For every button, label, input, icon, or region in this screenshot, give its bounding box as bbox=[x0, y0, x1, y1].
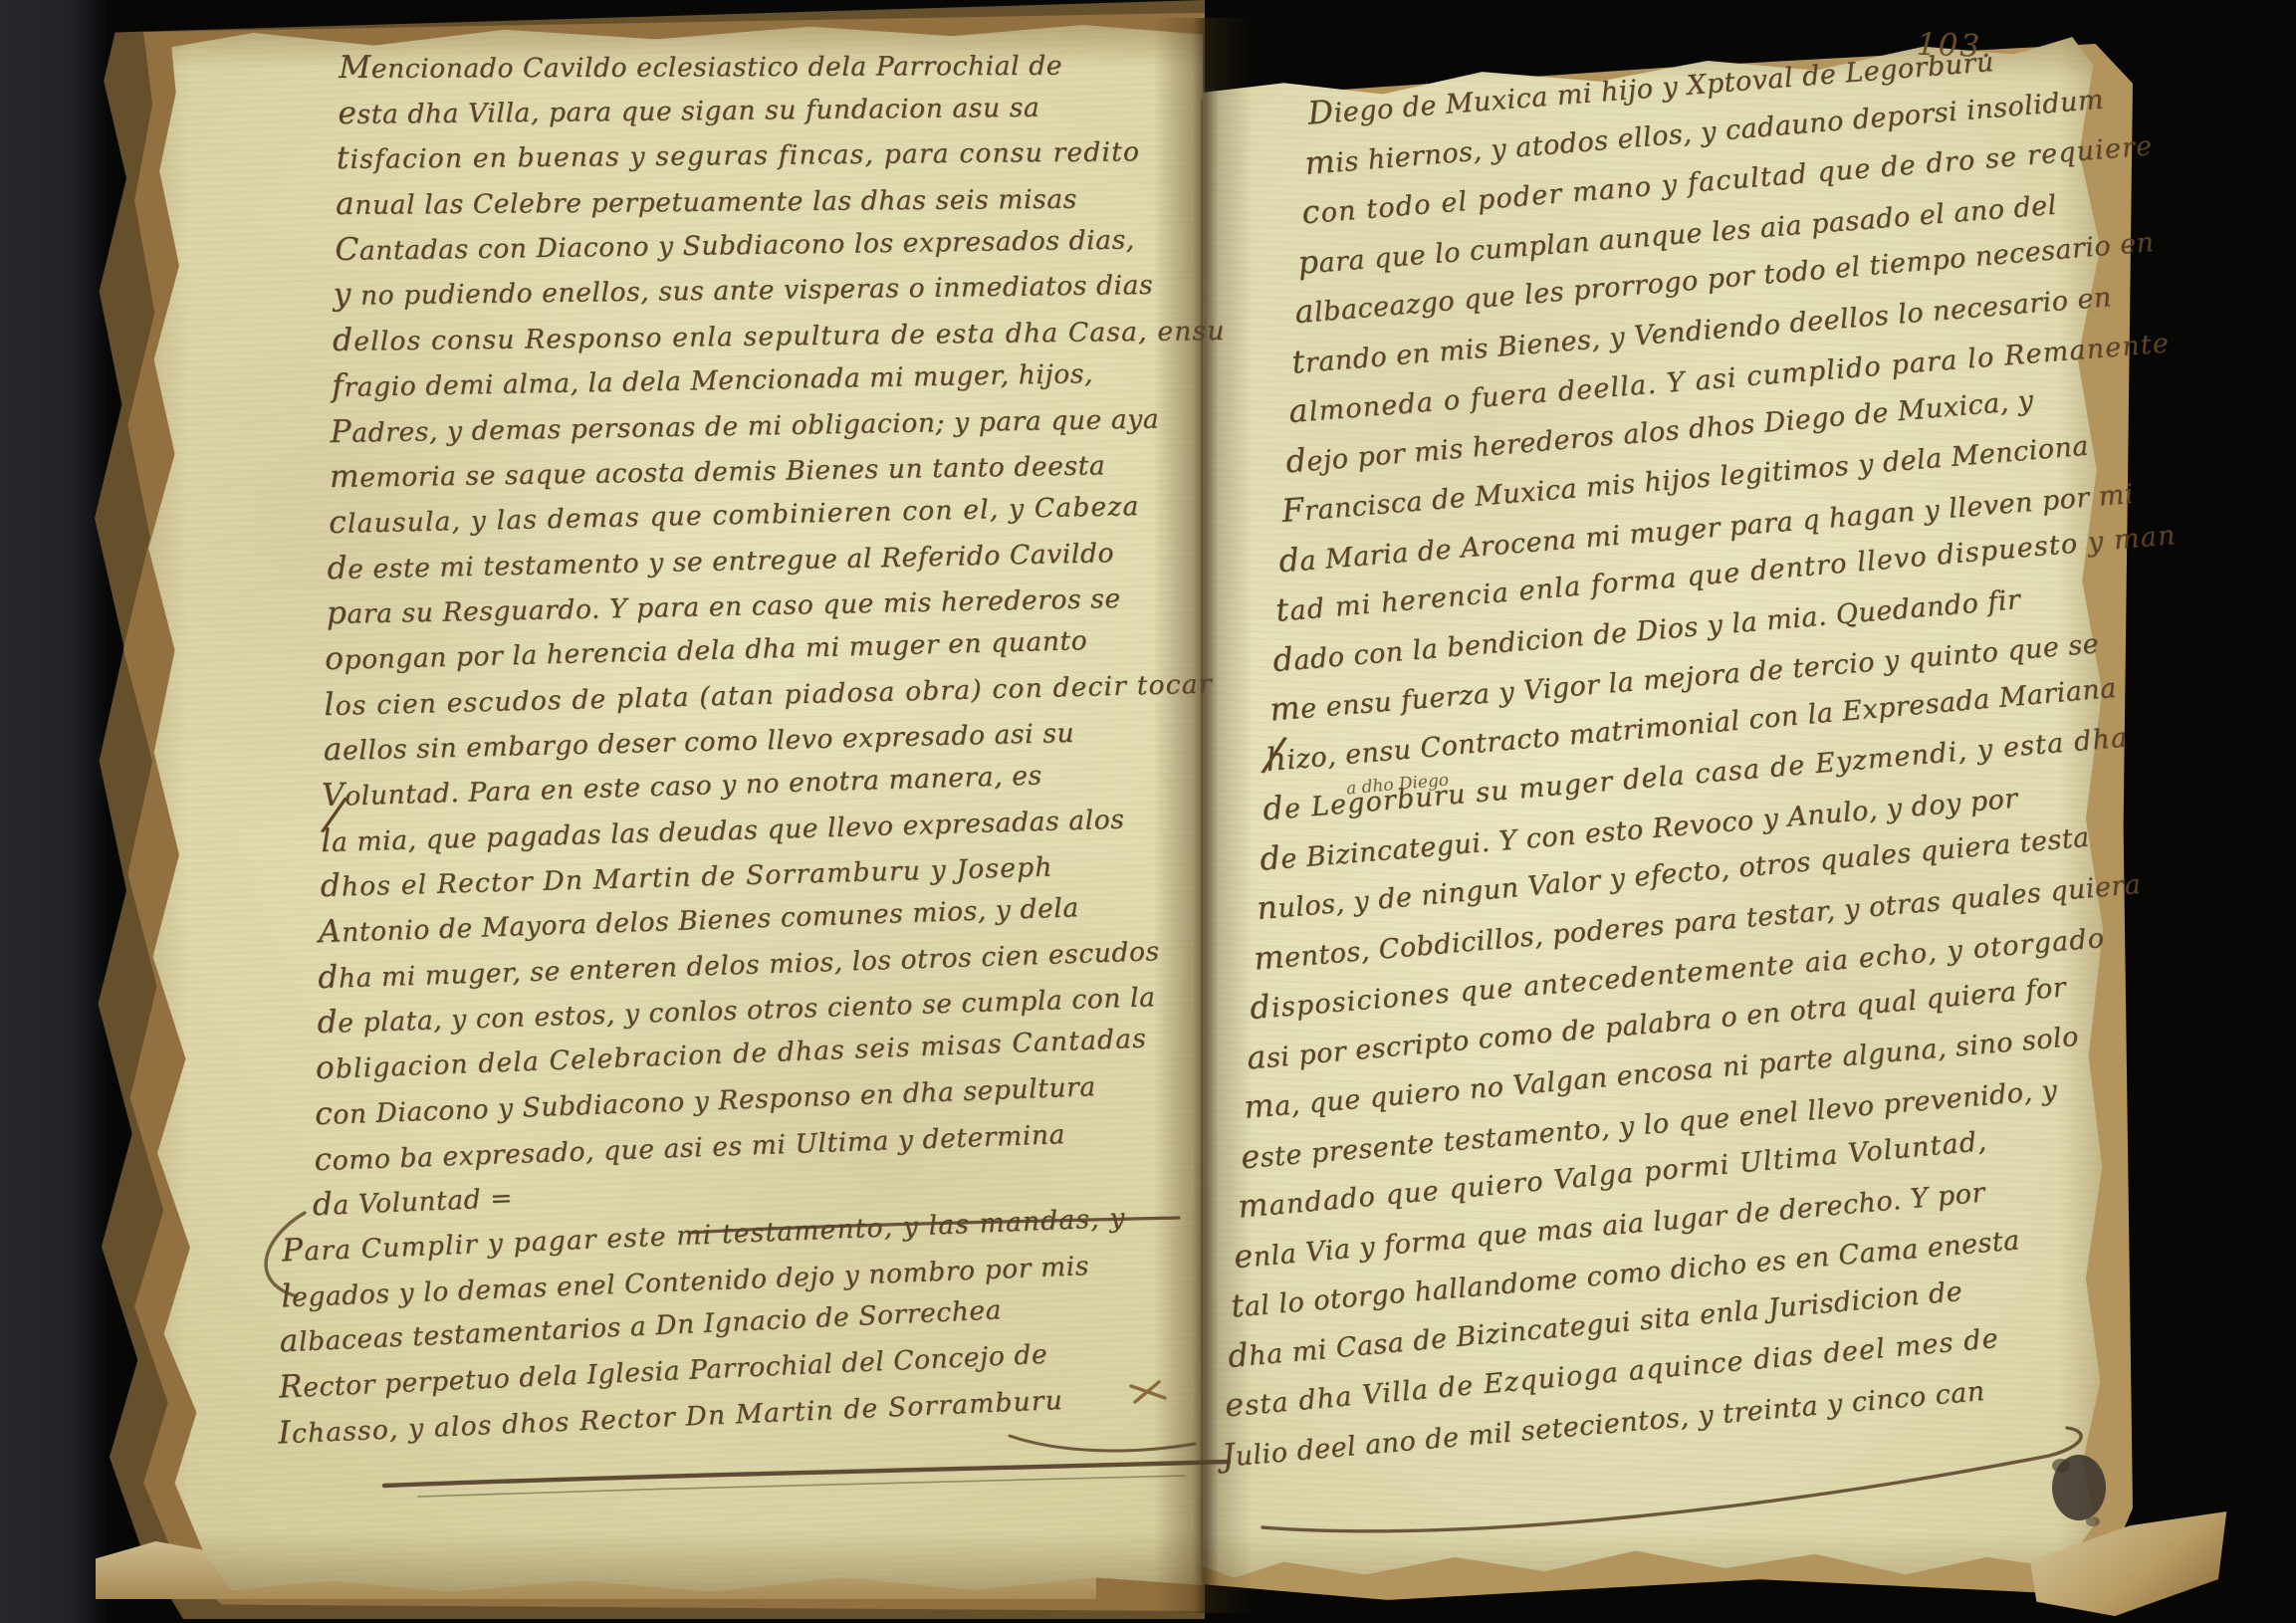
scan-background-strip bbox=[0, 0, 106, 1623]
manuscript-photo: Mencionado Cavildo eclesiastico dela Par… bbox=[0, 0, 2296, 1623]
right-page-text: Diego de Muxica mi hijo y Xptoval de Leg… bbox=[1290, 27, 2254, 1472]
left-page-text: Mencionado Cavildo eclesiastico dela Par… bbox=[339, 44, 1233, 1460]
manuscript-line: tisfacion en buenas y seguras fincas, pa… bbox=[337, 132, 1225, 186]
folio-page-number: 103. bbox=[1916, 27, 1993, 66]
